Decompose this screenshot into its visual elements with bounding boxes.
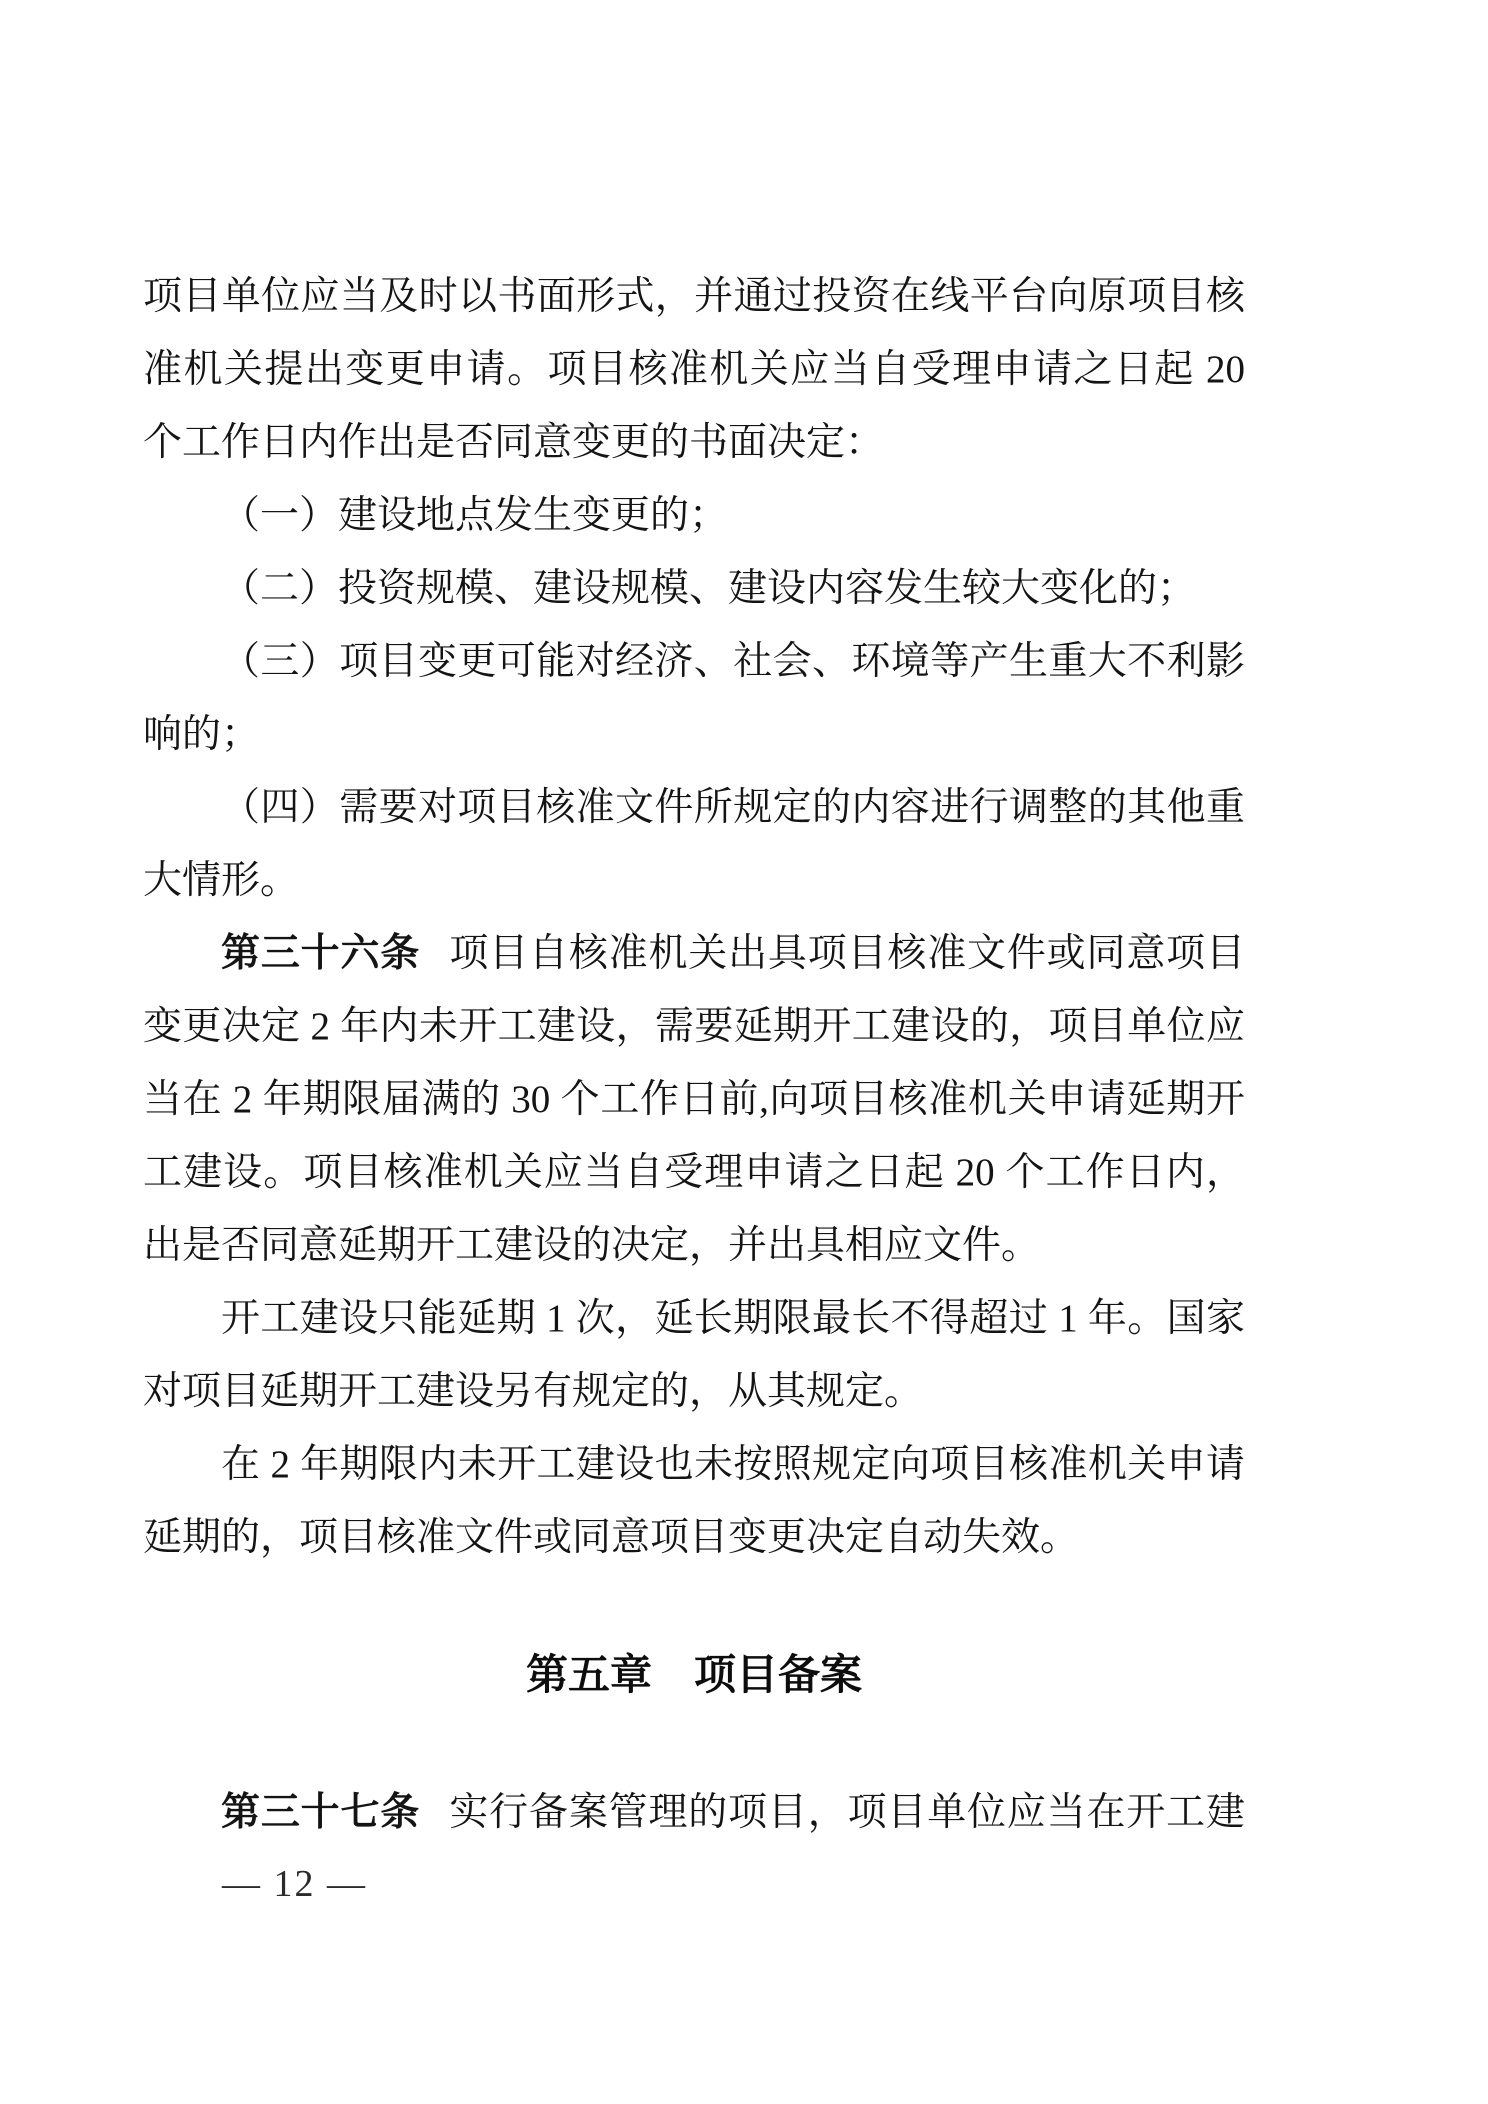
article-text: 项目自核准机关出具项目核准文件或同意项目: [449, 932, 1245, 975]
chapter-heading: 第五章 项目备案: [143, 1638, 1245, 1711]
text-line: 工建设。项目核准机关应当自受理申请之日起 20 个工作日内，作: [143, 1136, 1245, 1209]
text-line: 延期的，项目核准文件或同意项目变更决定自动失效。: [143, 1501, 1245, 1574]
text-line: 第三十六条项目自核准机关出具项目核准文件或同意项目: [143, 917, 1245, 990]
text-line: 大情形。: [143, 844, 1245, 917]
article-number: 第三十七条: [221, 1791, 420, 1834]
text-line: 响的；: [143, 698, 1245, 771]
text-line: 变更决定 2 年内未开工建设，需要延期开工建设的，项目单位应: [143, 990, 1245, 1063]
text-line: （三）项目变更可能对经济、社会、环境等产生重大不利影: [143, 625, 1245, 698]
text-line: 项目单位应当及时以书面形式，并通过投资在线平台向原项目核: [143, 260, 1245, 333]
page-number: — 12 —: [222, 1862, 367, 1906]
text-line: 开工建设只能延期 1 次，延长期限最长不得超过 1 年。国家: [143, 1282, 1245, 1355]
text-line: （一）建设地点发生变更的；: [143, 479, 1245, 552]
article-text: 实行备案管理的项目，项目单位应当在开工建: [449, 1791, 1245, 1834]
text-line: 对项目延期开工建设另有规定的，从其规定。: [143, 1355, 1245, 1428]
article-number: 第三十六条: [221, 932, 420, 975]
document-page: 项目单位应当及时以书面形式，并通过投资在线平台向原项目核 准机关提出变更申请。项…: [0, 0, 1488, 2104]
text-line: 出是否同意延期开工建设的决定，并出具相应文件。: [143, 1209, 1245, 1282]
text-line: 个工作日内作出是否同意变更的书面决定：: [143, 406, 1245, 479]
text-line: 当在 2 年期限届满的 30 个工作日前,向项目核准机关申请延期开: [143, 1063, 1245, 1136]
text-line: （二）投资规模、建设规模、建设内容发生较大变化的；: [143, 552, 1245, 625]
text-line: （四）需要对项目核准文件所规定的内容进行调整的其他重: [143, 771, 1245, 844]
document-body: 项目单位应当及时以书面形式，并通过投资在线平台向原项目核 准机关提出变更申请。项…: [143, 260, 1245, 1849]
text-line: 第三十七条实行备案管理的项目，项目单位应当在开工建: [143, 1776, 1245, 1849]
text-line: 准机关提出变更申请。项目核准机关应当自受理申请之日起 20: [143, 333, 1245, 406]
text-line: 在 2 年期限内未开工建设也未按照规定向项目核准机关申请: [143, 1428, 1245, 1501]
